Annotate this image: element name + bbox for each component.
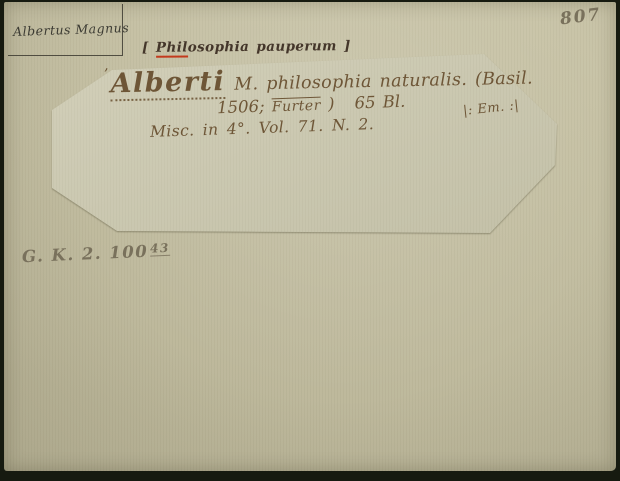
entry-extent: 65 Bl.	[354, 92, 406, 113]
imprint-printer: Furter	[272, 98, 322, 116]
entry-prefix-mark: ’	[104, 66, 109, 82]
shelfmark-suffix: 43	[150, 241, 170, 257]
entry-author: Alberti	[110, 66, 225, 101]
imprint-close-paren: )	[321, 94, 335, 113]
scanned-card-photo: Albertus Magnus 807 [ Philosophia pauper…	[0, 0, 620, 481]
catalog-card: Albertus Magnus 807 [ Philosophia pauper…	[4, 2, 616, 471]
imprint-year: 1506;	[217, 97, 265, 118]
entry-title: M. philosophia naturalis. (Basil.	[234, 69, 533, 95]
